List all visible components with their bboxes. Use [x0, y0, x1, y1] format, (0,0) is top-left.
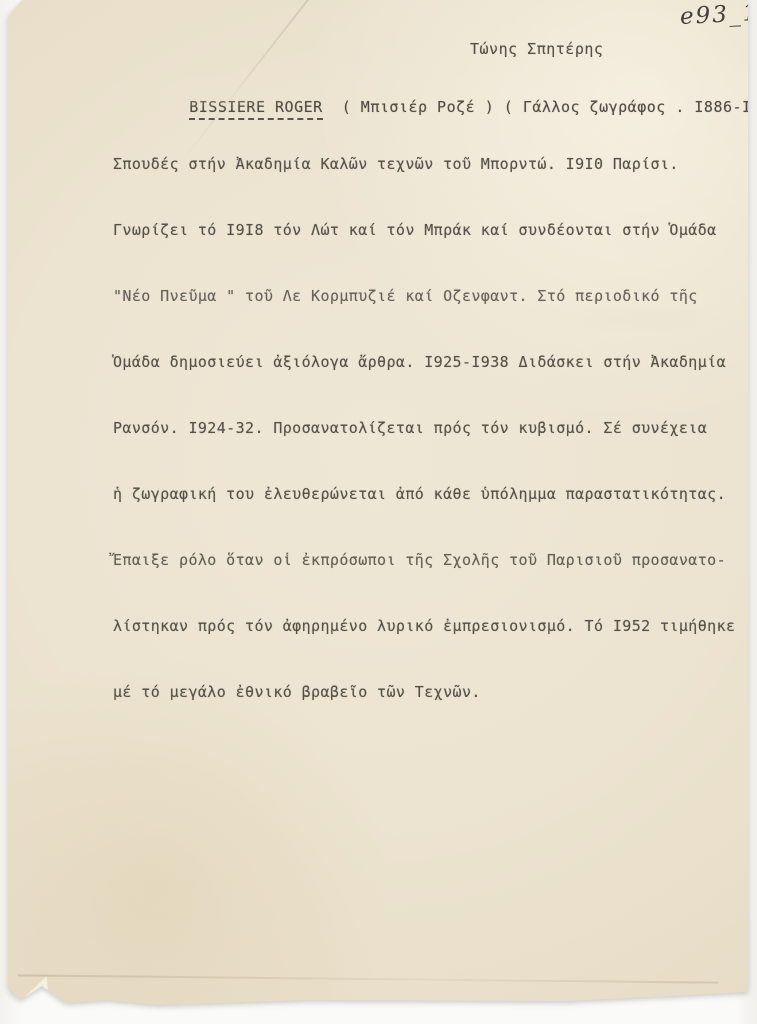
body-line: λίστηκαν πρός τόν ἀφηρημένο λυρικό ἐμπρε… — [113, 611, 735, 641]
archive-code-annotation: e93_1 — [679, 0, 757, 30]
body-line: Ἔπαιξε ρόλο ὅταν οἱ ἐκπρόσωποι τῆς Σχολῆ… — [113, 545, 735, 575]
paper-sheet-wrapper: e93_1 Τώνης Σπητέρης BISSIERE ROGER ( Μπ… — [8, 0, 748, 1010]
entry-body: Σπουδές στήν Ἀκαδημία Καλῶν τεχνῶν τοῦ Μ… — [113, 113, 735, 743]
paper-sheet: e93_1 Τώνης Σπητέρης BISSIERE ROGER ( Μπ… — [8, 0, 748, 1010]
body-line: Ὁμάδα δημοσιεύει ἀξιόλογα ἄρθρα. I925-I9… — [113, 347, 735, 377]
paper-corner-fold — [13, 976, 50, 1005]
body-line: μέ τό μεγάλο ἐθνικό βραβεῖο τῶν Τεχνῶν. — [113, 677, 735, 707]
author-byline: Τώνης Σπητέρης — [470, 40, 603, 58]
scanned-document: e93_1 Τώνης Σπητέρης BISSIERE ROGER ( Μπ… — [0, 0, 757, 1024]
body-line: ἡ ζωγραφική του ἐλευθερώνεται ἀπό κάθε ὑ… — [113, 479, 735, 509]
body-line: "Νέο Πνεῦμα " τοῦ Λε Κορμπυζιέ καί Οζενφ… — [113, 281, 735, 311]
paper-crease — [18, 974, 718, 983]
body-line: Γνωρίζει τό I9I8 τόν Λώτ καί τόν Μπράκ κ… — [113, 215, 735, 245]
body-line: Ρανσόν. I924-32. Προσανατολίζεται πρός τ… — [113, 413, 735, 443]
body-line: Σπουδές στήν Ἀκαδημία Καλῶν τεχνῶν τοῦ Μ… — [113, 149, 735, 179]
